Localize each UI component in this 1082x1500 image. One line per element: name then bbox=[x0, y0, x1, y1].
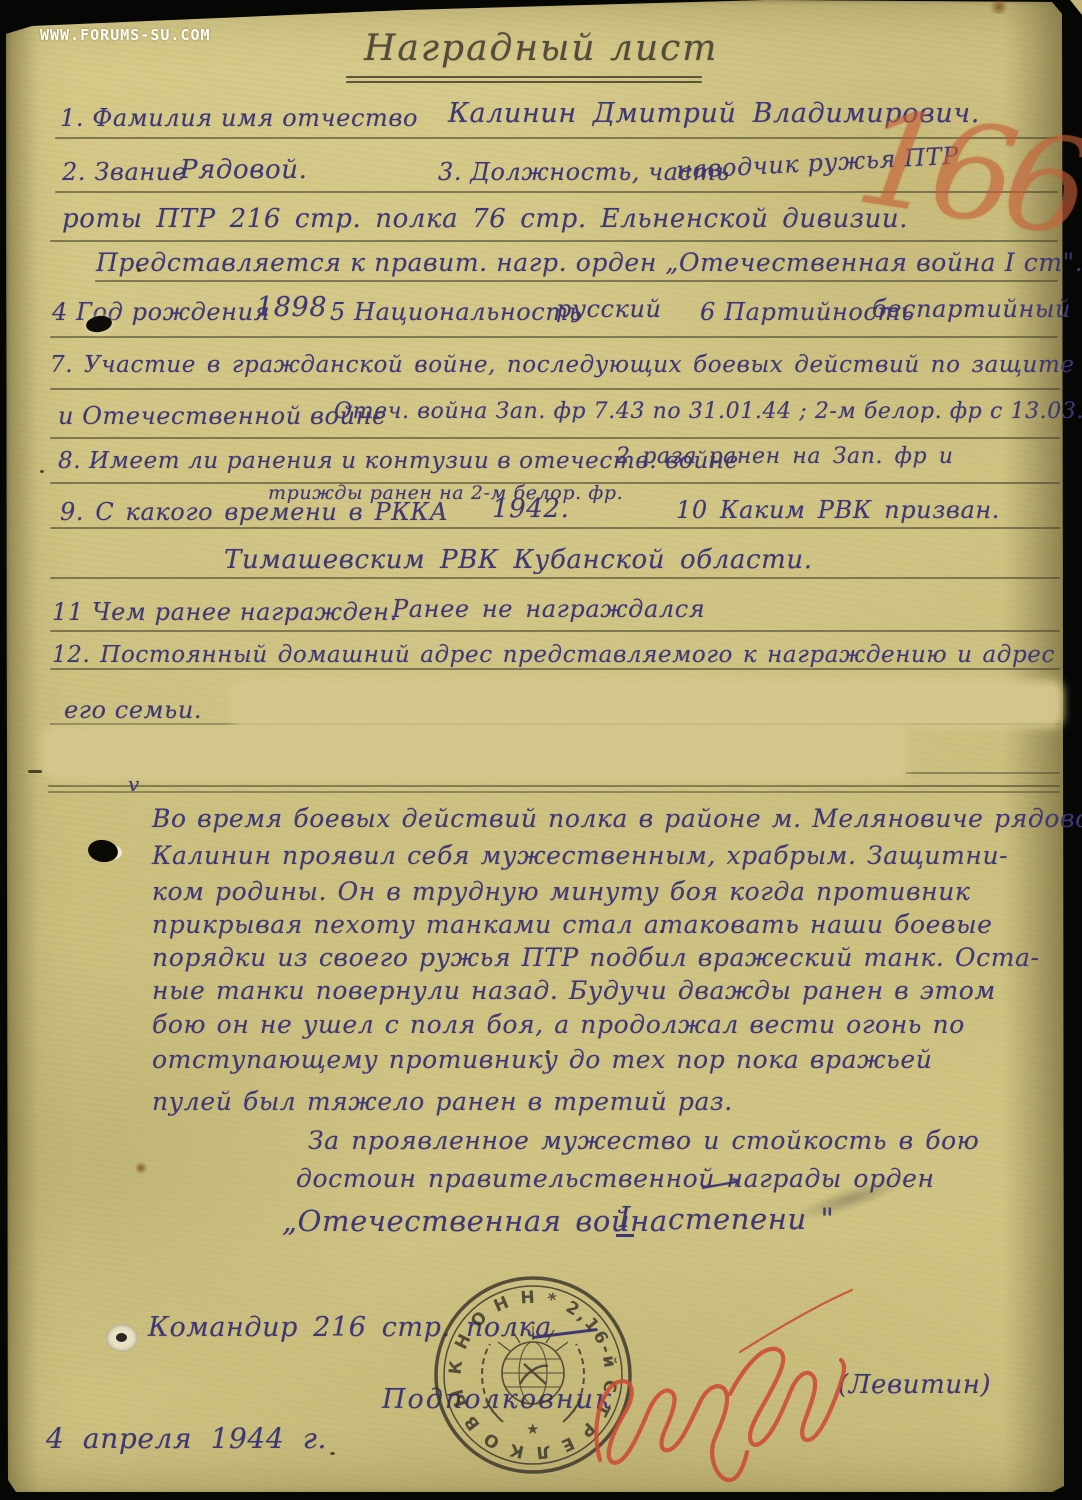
field-drafted-by-label: 10 Каким РВК призван. bbox=[676, 496, 1000, 524]
paper-stain bbox=[988, 0, 1010, 14]
award-degree-roman: I bbox=[616, 1200, 634, 1237]
citation-line: прикрывая пехоту танками стал атаковать … bbox=[152, 910, 993, 939]
ruled-line bbox=[50, 437, 1060, 439]
field-war-participation-value: Отеч. война Зап. фр 7.43 по 31.01.44 ; 2… bbox=[334, 399, 1082, 424]
field-name-label: 1. Фамилия имя отчество bbox=[60, 104, 418, 132]
citation-line: пулей был тяжело ранен в третий раз. bbox=[152, 1087, 733, 1116]
watermark: WWW.FORUMS-SU.COM bbox=[40, 26, 211, 44]
ruled-line bbox=[50, 527, 1060, 529]
field-address-label: 12. Постоянный домашний адрес представля… bbox=[52, 642, 1055, 668]
document-scan: WWW.FORUMS-SU.COM Наградный лист 1. Фами… bbox=[0, 0, 1082, 1500]
citation-line: порядки из своего ружья ПТР подбил враже… bbox=[152, 943, 1040, 972]
field-position-value-cont: роты ПТР 216 стр. полка 76 стр. Ельненск… bbox=[62, 204, 908, 234]
paper-speck bbox=[40, 470, 44, 473]
page-title: Наградный лист bbox=[364, 28, 718, 69]
ruled-line bbox=[905, 772, 1060, 774]
presented-award-line: Представляется к правит. нагр. орден „От… bbox=[96, 248, 1082, 277]
citation-line: отступающему противнику до тех пор пока … bbox=[152, 1045, 932, 1074]
field-nationality-value: русский bbox=[556, 295, 662, 323]
stamp-star-icon: ★ bbox=[526, 1420, 539, 1438]
paper-speck bbox=[546, 1050, 550, 1054]
ruled-line bbox=[48, 785, 1060, 787]
citation-line: ные танки повернули назад. Будучи дважды… bbox=[152, 976, 996, 1005]
field-service-since-value: 1942. bbox=[492, 494, 569, 524]
field-nationality-label: 5 Национальность bbox=[330, 298, 582, 326]
award-name: „Отечественная война bbox=[282, 1204, 668, 1238]
field-rank-label: 2. Звание bbox=[62, 158, 187, 186]
paper-stain bbox=[134, 1162, 148, 1174]
title-underline-1 bbox=[346, 76, 702, 78]
red-signature bbox=[560, 1260, 900, 1500]
field-birthyear-label: 4 Год рождения bbox=[52, 298, 270, 326]
citation-line: Калинин проявил себя мужественным, храбр… bbox=[152, 841, 1008, 870]
conclusion-line: За проявленное мужество и стойкость в бо… bbox=[308, 1126, 979, 1155]
award-name-cont: степени " bbox=[668, 1202, 834, 1236]
field-wounds-value: 2 раза ранен на Зап. фр и bbox=[616, 444, 954, 469]
field-party-value: беспартийный bbox=[872, 295, 1071, 323]
field-drafted-by-value: Тимашевским РВК Кубанской области. bbox=[224, 545, 813, 575]
paper-speck bbox=[330, 1452, 335, 1455]
ruled-line bbox=[50, 336, 1058, 338]
punch-hole-center bbox=[116, 1333, 127, 1342]
paper-speck bbox=[660, 930, 663, 933]
ink-arrow-mark: ⟶ bbox=[697, 1165, 740, 1204]
field-service-since-label: 9. С какого времени в РККА bbox=[60, 498, 448, 526]
ruled-line bbox=[95, 280, 1058, 282]
background-paper-sliver bbox=[1070, 0, 1082, 15]
field-address-label-cont: его семьи. bbox=[64, 696, 202, 724]
ruled-line bbox=[48, 791, 1060, 793]
ruled-line bbox=[50, 577, 1060, 579]
redaction-blur bbox=[50, 733, 900, 773]
pencil-dash bbox=[28, 770, 42, 773]
field-rank-value: Рядовой. bbox=[180, 155, 307, 185]
date-line: 4 апреля 1944 г. bbox=[46, 1422, 327, 1455]
citation-line: Во время боевых действий полка в районе … bbox=[152, 804, 1082, 833]
field-prev-awards-value: Ранее не награждался bbox=[392, 595, 705, 623]
field-war-participation-label: 7. Участие в гражданской войне, последую… bbox=[50, 352, 1082, 378]
paper-speck bbox=[137, 268, 141, 272]
ruled-line bbox=[50, 630, 1060, 632]
ruled-line bbox=[50, 388, 1060, 390]
citation-line: ком родины. Он в трудную минуту боя когд… bbox=[152, 877, 970, 906]
ruled-line bbox=[50, 668, 1060, 670]
field-birthyear-value: 1898 bbox=[256, 292, 327, 323]
citation-line: бою он не ушел с поля боя, а продолжал в… bbox=[152, 1010, 965, 1039]
conclusion-line: достоин правительственной награды орден bbox=[296, 1164, 935, 1193]
stray-pen-mark: v bbox=[128, 772, 140, 796]
redaction-blur bbox=[238, 687, 1056, 721]
field-prev-awards-label: 11 Чем ранее награжден. bbox=[52, 598, 398, 626]
title-underline-2 bbox=[346, 81, 702, 83]
